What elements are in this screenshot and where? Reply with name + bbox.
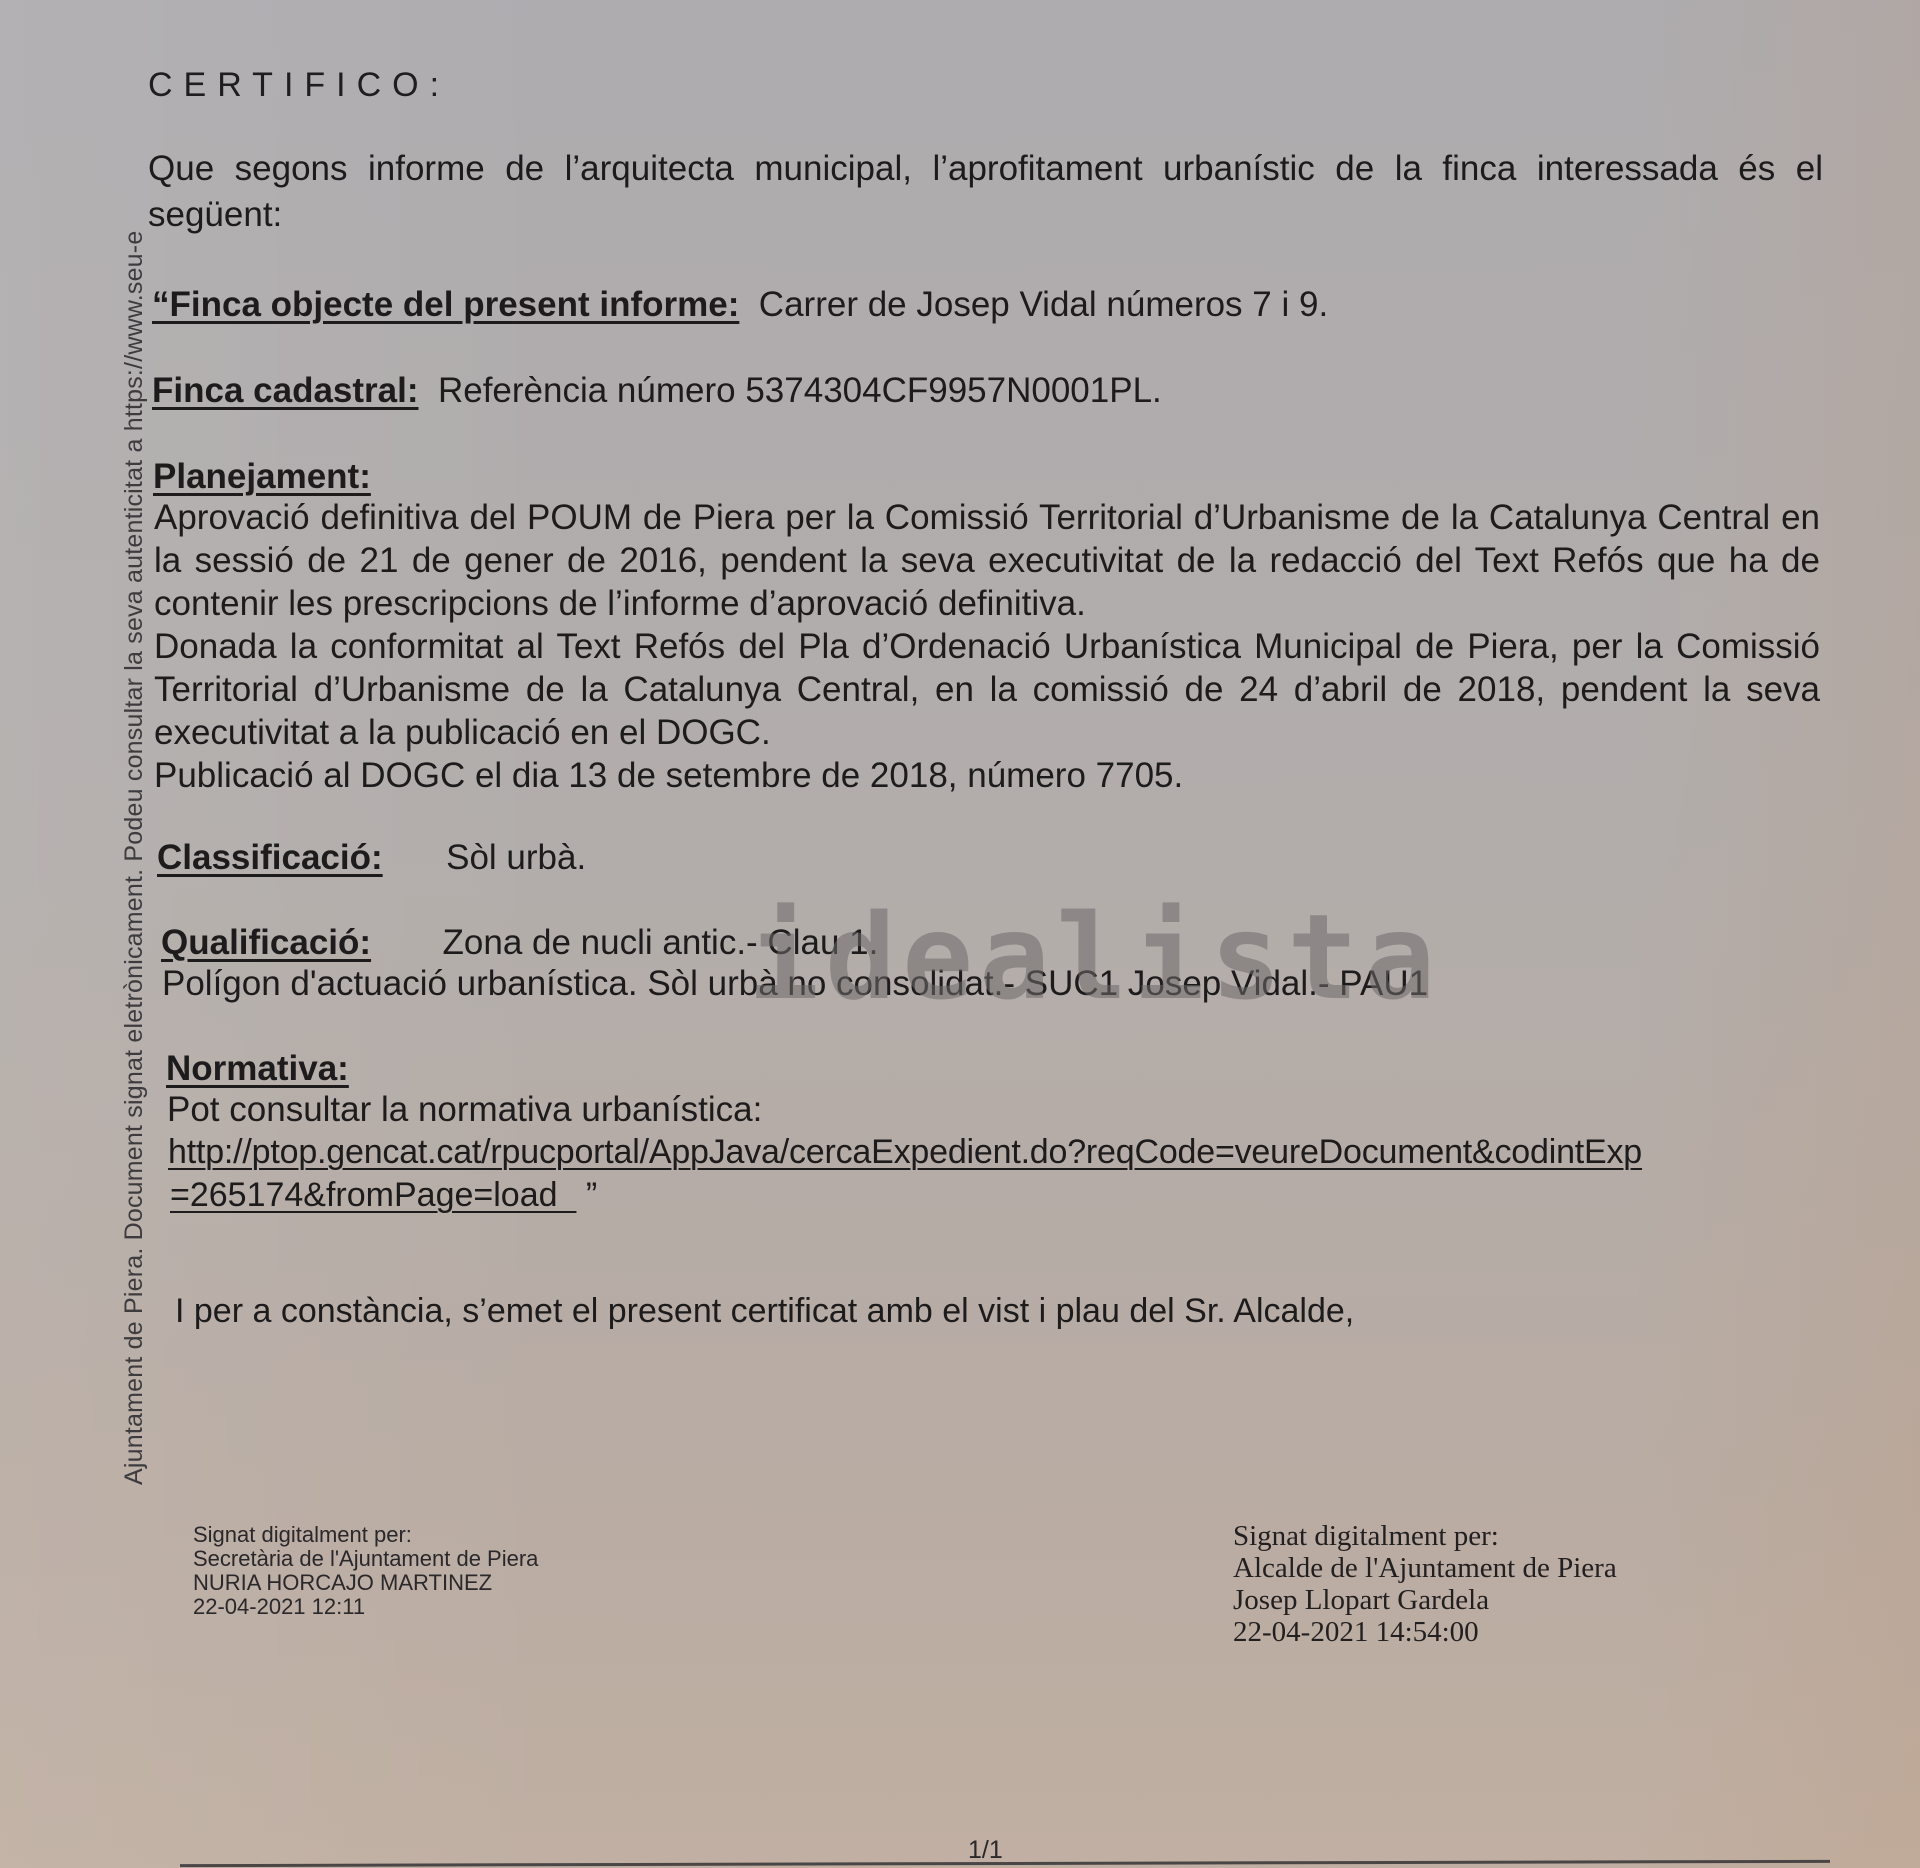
signature-secretary-line-1: Signat digitalment per: [193, 1523, 538, 1547]
finca-objecte-label: “Finca objecte del present informe: [152, 285, 739, 324]
planejament-label: Planejament: [153, 457, 371, 496]
finca-cadastral-row: Finca cadastral: Referència número 53743… [152, 369, 1162, 413]
classificacio-value: Sòl urbà. [446, 838, 586, 877]
normativa-link-line-2-row: =265174&fromPage=load ” [170, 1173, 597, 1217]
planejament-paragraph-3: Publicació al DOGC el dia 13 de setembre… [154, 754, 1820, 797]
qualificacio-label: Qualificació: [161, 923, 371, 962]
finca-cadastral-label: Finca cadastral: [152, 371, 419, 410]
signature-secretary-role: Secretària de l'Ajuntament de Piera [193, 1547, 538, 1571]
signature-secretary-name: NURIA HORCAJO MARTINEZ [193, 1571, 538, 1595]
classificacio-row: Classificació: Sòl urbà. [157, 836, 586, 880]
authenticity-side-note: Ajuntament de Piera. Document signat ele… [120, 231, 149, 1485]
normativa-label: Normativa: [166, 1049, 349, 1088]
finca-objecte-row: “Finca objecte del present informe: Carr… [152, 283, 1328, 327]
normativa-link-continuation[interactable]: =265174&fromPage=load [170, 1176, 558, 1214]
page-number: 1/1 [968, 1836, 1003, 1865]
normativa-text: Pot consultar la normativa urbanística: [167, 1088, 762, 1132]
signature-mayor-line-1: Signat digitalment per: [1233, 1520, 1617, 1552]
normativa-link-line-1[interactable]: http://ptop.gencat.cat/rpucportal/AppJav… [168, 1130, 1642, 1174]
signature-mayor-timestamp: 22-04-2021 14:54:00 [1233, 1616, 1617, 1648]
closing-statement: I per a constància, s’emet el present ce… [175, 1289, 1354, 1333]
intro-paragraph: Que segons informe de l’arquitecta munic… [148, 146, 1823, 238]
signature-mayor-role: Alcalde de l'Ajuntament de Piera [1233, 1552, 1617, 1584]
certifico-heading: CERTIFICO: [148, 66, 450, 105]
planejament-paragraph-2: Donada la conformitat al Text Refós del … [154, 625, 1820, 754]
signature-secretary: Signat digitalment per: Secretària de l'… [193, 1523, 538, 1619]
classificacio-label: Classificació: [157, 838, 383, 877]
finca-objecte-value: Carrer de Josep Vidal números 7 i 9. [759, 285, 1328, 324]
footer-rule [180, 1860, 1830, 1867]
normativa-link[interactable]: http://ptop.gencat.cat/rpucportal/AppJav… [168, 1133, 1642, 1171]
planejament-paragraph-1: Aprovació definitiva del POUM de Piera p… [154, 496, 1820, 625]
signature-secretary-timestamp: 22-04-2021 12:11 [193, 1595, 538, 1619]
finca-cadastral-value: Referència número 5374304CF9957N0001PL. [438, 371, 1162, 410]
signature-mayor-name: Josep Llopart Gardela [1233, 1584, 1617, 1616]
qualificacio-row: Qualificació: Zona de nucli antic.- Clau… [161, 921, 878, 965]
planejament-label-row: Planejament: [153, 455, 371, 499]
closing-quote: ” [586, 1176, 597, 1214]
signature-mayor: Signat digitalment per: Alcalde de l'Aju… [1233, 1520, 1617, 1648]
qualificacio-detail: Polígon d'actuació urbanística. Sòl urbà… [162, 962, 1428, 1006]
qualificacio-value: Zona de nucli antic.- Clau 1. [443, 923, 879, 962]
normativa-label-row: Normativa: [166, 1047, 349, 1091]
